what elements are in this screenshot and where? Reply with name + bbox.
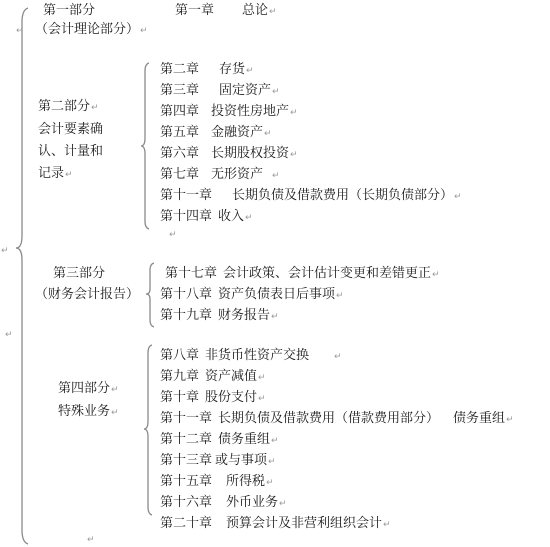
part4-chapter-11: 第十一章长期负债及借款费用（借款费用部分）债务重组↵ <box>160 411 514 428</box>
paragraph-mark: ↵ <box>111 385 119 395</box>
part2-chapter-14: 第十四章收入↵ <box>160 209 253 226</box>
part3-title: 第三部分 <box>53 266 105 282</box>
paragraph-mark: ↵ <box>279 499 287 509</box>
paragraph-mark: ↵ <box>264 129 272 139</box>
part4-chapter-16: 第十六章外币业务↵ <box>160 495 287 512</box>
paragraph-mark: ↵ <box>266 478 274 488</box>
paragraph-mark: ↵ <box>336 291 344 301</box>
paragraph-mark: ↵ <box>111 408 119 418</box>
part1-chapter-1: 第一章总论↵ <box>175 3 277 20</box>
part2-chapter-11: 第十一章长期负债及借款费用（长期负债部分）↵ <box>160 188 462 205</box>
paragraph-mark: ↵ <box>432 270 440 280</box>
part4-chapter-13: 第十三章或与事项↵ <box>160 453 276 470</box>
paragraph-mark: ↵ <box>5 330 13 340</box>
part2-chapter-3: 第三章固定资产↵ <box>160 83 280 100</box>
paragraph-mark: ↵ <box>258 373 266 383</box>
paragraph-mark: ↵ <box>383 520 391 530</box>
paragraph-mark: ↵ <box>1 246 9 256</box>
paragraph-mark: ↵ <box>272 171 280 181</box>
paragraph-mark: ↵ <box>268 457 276 467</box>
paragraph-mark: ↵ <box>290 150 298 160</box>
part3-subtitle: （财务会计报告） <box>35 287 139 303</box>
part2-chapter-7: 第七章无形资产↵ <box>160 167 280 184</box>
paragraph-mark: ↵ <box>334 352 342 362</box>
part3-chapter-18: 第十八章资产负债表日后事项↵ <box>160 287 344 304</box>
paragraph-mark: ↵ <box>454 192 462 202</box>
part2-chapter-4: 第四章投资性房地产↵ <box>160 104 298 121</box>
paragraph-mark: ↵ <box>65 170 73 180</box>
part4-label: 第四部分↵ 特殊业务↵ <box>58 378 119 424</box>
part4-brace <box>143 345 153 515</box>
paragraph-mark: ↵ <box>258 394 266 404</box>
part4-chapter-15: 第十五章所得税↵ <box>160 474 274 491</box>
part1-subtitle: （会计理论部分）↵ <box>35 22 148 39</box>
paragraph-mark: ↵ <box>245 213 253 223</box>
paragraph-mark: ↵ <box>246 66 254 76</box>
paragraph-mark: ↵ <box>16 26 24 36</box>
paragraph-mark: ↵ <box>272 87 280 97</box>
paragraph-mark: ↵ <box>169 230 177 240</box>
part4-chapter-9: 第九章资产减值↵ <box>160 369 266 386</box>
part4-chapter-12: 第十二章债务重组↵ <box>160 432 279 449</box>
part2-brace <box>140 63 150 229</box>
paragraph-mark: ↵ <box>271 436 279 446</box>
paragraph-mark: ↵ <box>290 108 298 118</box>
paragraph-mark: ↵ <box>87 535 95 545</box>
part2-chapter-5: 第五章金融资产↵ <box>160 125 272 142</box>
part3-brace <box>145 263 155 327</box>
part2-label: 第二部分↵ 会计要素确 认、计量和 记录↵ <box>38 96 103 186</box>
part3-chapter-17: 第十七章会计政策、会计估计变更和差错更正↵ <box>165 266 440 283</box>
paragraph-mark: ↵ <box>140 26 148 36</box>
part1-title: 第一部分 <box>43 3 95 19</box>
paragraph-mark: ↵ <box>506 415 514 425</box>
part3-chapter-19: 第十九章财务报告↵ <box>160 308 279 325</box>
paragraph-mark: ↵ <box>271 312 279 322</box>
main-brace <box>16 8 32 544</box>
paragraph-mark: ↵ <box>91 103 99 113</box>
part2-chapter-6: 第六章长期股权投资↵ <box>160 146 298 163</box>
part4-chapter-10: 第十章股份支付↵ <box>160 390 266 407</box>
part4-chapter-8: 第八章非货币性资产交换↵ <box>160 348 342 365</box>
paragraph-mark: ↵ <box>269 7 277 17</box>
part2-chapter-2: 第二章存货↵ <box>160 62 254 79</box>
part4-chapter-20: 第二十章预算会计及非营利组织会计↵ <box>160 516 391 533</box>
